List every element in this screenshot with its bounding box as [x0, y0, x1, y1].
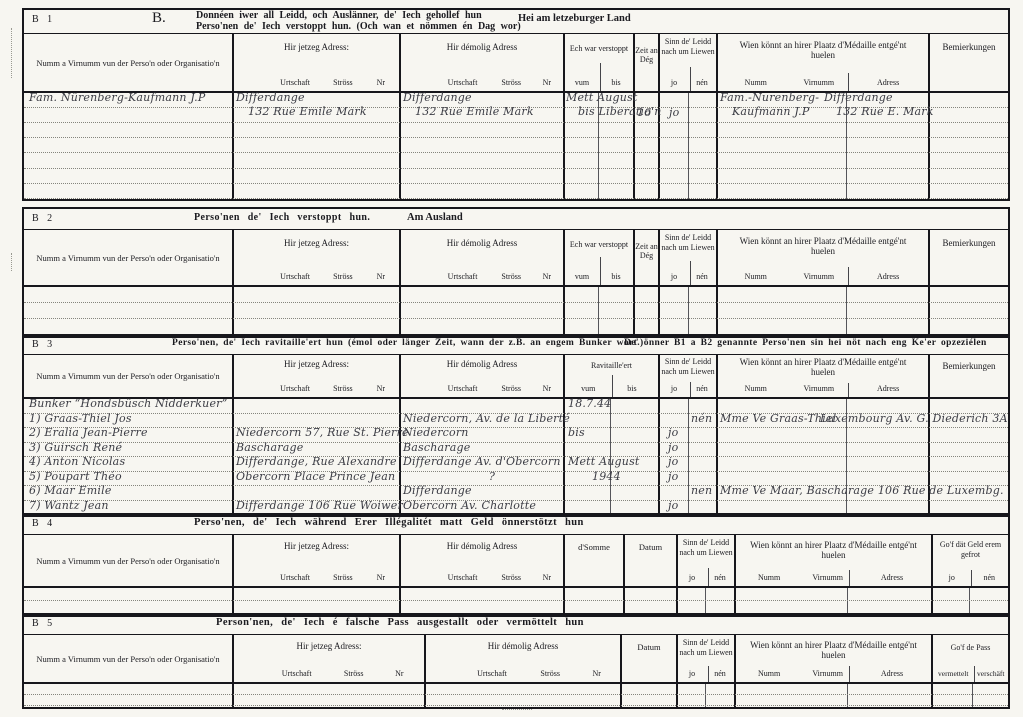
column-rule — [563, 287, 565, 336]
b1-title-right: Hei am letzeburger Land — [518, 13, 631, 24]
dotted-writing-line — [24, 198, 1008, 199]
handwritten-entry: Differdange132 Rue Emile Mark — [236, 91, 367, 118]
handwritten-entry: jo — [668, 499, 678, 513]
wien-label: Wien könnt an hirer Plaatz d'Médaille en… — [718, 34, 928, 60]
b5-col-wien: Wien könnt an hirer Plaatz d'Médaille en… — [734, 635, 931, 682]
handwritten-entry: 3) Guirsch René — [29, 441, 122, 455]
demolig-label: Hir démolig Adress — [401, 230, 563, 248]
wien-label: Wien könnt an hirer Plaatz d'Médaille en… — [736, 635, 931, 660]
column-rule — [972, 684, 973, 707]
urtschaft-label: Urtschaft — [448, 78, 478, 87]
dotted-writing-line — [24, 152, 1008, 153]
handwritten-entry: jo — [669, 106, 679, 120]
b5-col-sinn: Sinn de' Leidd nach um Liewen jonén — [676, 635, 734, 682]
column-rule — [232, 399, 234, 515]
handwritten-entry: Mme Ve Graas-Thiel — [720, 412, 836, 426]
column-rule — [734, 588, 736, 615]
vermettelt-label: vermettelt — [938, 669, 968, 678]
sub-divider — [690, 67, 691, 91]
ravitailleert-label: Ravitaille'ert — [565, 355, 658, 371]
jetzeg-label: Hir jetzeg Adress: — [234, 230, 399, 248]
column-rule — [424, 684, 426, 707]
b4-col-wien: Wien könnt an hirer Plaatz d'Médaille en… — [734, 535, 931, 586]
nen-label: nén — [983, 573, 995, 582]
urtschaft-label: Urtschaft — [448, 272, 478, 281]
jetzeg-label: Hir jetzeg Adress: — [234, 635, 424, 651]
dotted-writing-line — [24, 137, 1008, 138]
nen-label: nén — [696, 272, 708, 281]
handwritten-entry: Fam.-Nurenberg-Kaufmann J.P — [720, 91, 819, 118]
stross-label: Ströss — [333, 573, 353, 582]
verschaft-label: verschäft — [977, 669, 1004, 678]
dotted-writing-line — [24, 694, 1008, 695]
nen-label: nén — [696, 78, 708, 87]
jo-label: jo — [671, 272, 677, 281]
handwritten-entry: Obercorn Av. Charlotte — [403, 499, 536, 513]
handwritten-entry: ? — [489, 470, 495, 484]
b5-title-row: B 5 Person'nen, de' Iech é falsche Pass … — [24, 615, 1008, 635]
nr-label: Nr — [395, 669, 403, 678]
sinn-label: Sinn de' Leidd nach um Liewen — [678, 635, 734, 657]
verstoppt-label: Ech war verstoppt — [565, 34, 633, 54]
adress-label: Adress — [877, 78, 899, 87]
b4-col-demolig: Hir démolig Adress UrtschaftStrössNr — [399, 535, 563, 586]
b1-col-wien: Wien könnt an hirer Plaatz d'Médaille en… — [716, 34, 928, 91]
column-rule — [969, 588, 970, 615]
handwritten-entry: jo — [668, 470, 678, 484]
datum-label: Datum — [625, 535, 676, 553]
stross-label: Ströss — [501, 384, 521, 393]
demolig-label: Hir démolig Adress — [401, 535, 563, 551]
column-rule — [847, 588, 848, 615]
column-rule — [676, 684, 678, 707]
column-rule — [928, 287, 930, 336]
dotted-writing-line — [24, 302, 1008, 303]
b1-column-headers: Numm a Virnumm vun der Perso'n oder Orga… — [24, 34, 1008, 93]
urtschaft-label: Urtschaft — [282, 669, 312, 678]
handwritten-entry: 4) Anton Nicolas — [29, 455, 125, 469]
handwritten-entry: Fam. Nürenberg-Kaufmann J.P — [29, 91, 205, 105]
b5-section-id: B 5 — [32, 618, 55, 629]
handwritten-entry: Differdange, Rue Alexandre — [236, 455, 397, 469]
dotted-writing-line — [24, 183, 1008, 184]
stross-label: Ströss — [501, 573, 521, 582]
demolig-label: Hir démolig Adress — [401, 355, 563, 369]
handwritten-entry: 5) Poupart Théo — [29, 470, 122, 484]
dotted-writing-line — [24, 318, 1008, 319]
b2-data-grid — [24, 287, 1008, 336]
handwritten-entry: nén — [691, 412, 712, 426]
b1-title: Donnéen iwer all Leidd, och Auslänner, d… — [196, 11, 521, 32]
wien-label: Wien könnt an hirer Plaatz d'Médaille en… — [718, 355, 928, 377]
wien-label: Wien könnt an hirer Plaatz d'Médaille en… — [718, 230, 928, 256]
column-rule — [716, 287, 718, 336]
handwritten-entry: Bascharage — [403, 441, 470, 455]
b4-column-headers: Numm a Virnumm vun der Perso'n oder Orga… — [24, 535, 1008, 588]
b1-col-demolig: Hir démolig Adress UrtschaftStrössNr — [399, 34, 563, 91]
b1-title-row: B 1 B. Donnéen iwer all Leidd, och Auslä… — [24, 10, 1008, 34]
jo-label: jo — [949, 573, 955, 582]
column-rule — [232, 684, 234, 707]
b4-col-jetzeg: Hir jetzeg Adress: UrtschaftStrössNr — [232, 535, 399, 586]
adress-label: Adress — [881, 669, 903, 678]
column-rule — [734, 684, 736, 707]
b2-col-wien: Wien könnt an hirer Plaatz d'Médaille en… — [716, 230, 928, 285]
column-rule — [620, 684, 622, 707]
virnumm-label: Virnumm — [812, 573, 843, 582]
stross-label: Ströss — [333, 384, 353, 393]
b4-data-grid — [24, 588, 1008, 615]
b2-title-right: Am Ausland — [407, 212, 463, 223]
vum-label: vum — [581, 384, 595, 393]
b2-title-row: B 2 Perso'nen de' Iech verstoppt hun. Am… — [24, 209, 1008, 230]
numm-label: Numm — [745, 384, 767, 393]
column-rule — [232, 588, 234, 615]
b3-col-ravitailleert: Ravitaille'ert vumbis — [563, 355, 658, 397]
sub-divider — [848, 73, 849, 91]
column-rule — [623, 588, 625, 615]
jo-label: jo — [671, 78, 677, 87]
dotted-writing-line — [24, 705, 1008, 706]
b2-col-sinn: Sinn de' Leidd nach um Liewen jonén — [658, 230, 716, 285]
b3-data-grid: Bunker “Hondsbüsch Nidderkuer”18.7.441) … — [24, 399, 1008, 515]
nr-label: Nr — [377, 573, 385, 582]
scanned-form-page: { "shared": { "name_col": "Numm a Virnum… — [0, 0, 1023, 717]
section-b3: B 3 Perso'nen, de' Iech ravitaille'ert h… — [22, 334, 1010, 517]
nen-label: nén — [714, 573, 726, 582]
numm-label: Numm — [758, 669, 780, 678]
b1-col-zeit: Zeit an Dég — [633, 34, 658, 91]
dotted-writing-line — [24, 442, 1008, 443]
b4-col-name: Numm a Virnumm vun der Perso'n oder Orga… — [24, 535, 232, 586]
b5-col-demolig: Hir démolig Adress UrtschaftStrössNr — [424, 635, 620, 682]
urtschaft-label: Urtschaft — [448, 573, 478, 582]
nr-label: Nr — [377, 384, 385, 393]
sub-divider — [708, 568, 709, 586]
b3-col-bemierkungen: Bemierkungen — [928, 355, 1008, 397]
b1-col-jetzeg: Hir jetzeg Adress: UrtschaftStrössNr — [232, 34, 399, 91]
b3-col-wien: Wien könnt an hirer Plaatz d'Médaille en… — [716, 355, 928, 397]
jetzeg-label: Hir jetzeg Adress: — [234, 355, 399, 369]
nr-label: Nr — [543, 78, 551, 87]
sub-divider — [849, 666, 850, 682]
b3-title: Perso'nen, de' Iech ravitaille'ert hun (… — [172, 338, 644, 348]
bis-label: bis — [611, 78, 620, 87]
b1-title-line2: Perso'nen de' Iech verstoppt hun. (Och w… — [196, 21, 521, 32]
scan-artifact — [11, 253, 12, 271]
nr-label: Nr — [543, 384, 551, 393]
virnumm-label: Virnumm — [803, 78, 834, 87]
section-b4: B 4 Perso'nen, de' Iech während Erer Ill… — [22, 513, 1010, 617]
handwritten-entry: 1) Graas-Thiel Jos — [29, 412, 132, 426]
handwritten-entry: Differdange — [403, 484, 472, 498]
urtschaft-label: Urtschaft — [280, 384, 310, 393]
column-rule — [232, 287, 234, 336]
column-rule — [633, 287, 635, 336]
column-rule — [658, 287, 660, 336]
b3-column-headers: Numm a Virnumm vun der Perso'n oder Orga… — [24, 355, 1008, 399]
name-col-label: Numm a Virnumm vun der Perso'n oder Orga… — [24, 535, 232, 586]
zeit-label: Zeit an Dég — [635, 34, 658, 64]
sub-divider — [974, 666, 975, 682]
column-rule — [846, 287, 847, 336]
virnumm-label: Virnumm — [812, 669, 843, 678]
nen-label: nén — [714, 669, 726, 678]
sub-divider — [600, 257, 601, 285]
sub-divider — [708, 666, 709, 682]
scan-artifact — [502, 709, 532, 710]
handwritten-entry: jo — [668, 441, 678, 455]
nr-label: Nr — [377, 78, 385, 87]
handwritten-entry: nen — [691, 484, 712, 498]
dotted-writing-line — [24, 427, 1008, 428]
bis-label: bis — [627, 384, 636, 393]
sub-divider — [848, 383, 849, 397]
nr-label: Nr — [543, 272, 551, 281]
b3-col-name: Numm a Virnumm vun der Perso'n oder Orga… — [24, 355, 232, 397]
adress-label: Adress — [877, 272, 899, 281]
urtschaft-label: Urtschaft — [280, 272, 310, 281]
urtschaft-label: Urtschaft — [280, 573, 310, 582]
column-rule — [716, 399, 718, 515]
b1-col-sinn: Sinn de' Leidd nach um Liewen jonén — [658, 34, 716, 91]
nr-label: Nr — [543, 573, 551, 582]
zeit-label: Zeit an Dég — [635, 230, 658, 260]
vum-label: vum — [575, 272, 589, 281]
section-b1: B 1 B. Donnéen iwer all Leidd, och Auslä… — [22, 8, 1010, 201]
handwritten-entry: 6) Maar Emile — [29, 484, 112, 498]
urtschaft-label: Urtschaft — [477, 669, 507, 678]
column-rule — [688, 287, 689, 336]
handwritten-entry: 1944 — [592, 470, 621, 484]
nr-label: Nr — [377, 272, 385, 281]
jo-label: jo — [689, 669, 695, 678]
b2-column-headers: Numm a Virnumm vun der Perso'n oder Orga… — [24, 230, 1008, 287]
handwritten-entry: Niedercorn, Av. de la Liberté — [403, 412, 570, 426]
stross-label: Ströss — [344, 669, 364, 678]
demolig-label: Hir démolig Adress — [426, 635, 620, 651]
urtschaft-label: Urtschaft — [448, 384, 478, 393]
b1-big-letter: B. — [152, 10, 166, 27]
stross-label: Ströss — [501, 272, 521, 281]
sub-divider — [690, 382, 691, 397]
b5-column-headers: Numm a Virnumm vun der Perso'n oder Orga… — [24, 635, 1008, 684]
gof-pass-label: Go'f de Pass — [933, 635, 1008, 653]
b5-col-jetzeg: Hir jetzeg Adress: UrtschaftStrössNr — [232, 635, 424, 682]
stross-label: Ströss — [333, 78, 353, 87]
handwritten-entry: Differdange 106 Rue Woiwer — [236, 499, 403, 513]
sinn-label: Sinn de' Leidd nach um Liewen — [660, 34, 716, 56]
name-col-label: Numm a Virnumm vun der Perso'n oder Orga… — [24, 355, 232, 397]
dotted-writing-line — [24, 168, 1008, 169]
handwritten-entry: Obercorn Place Prince Jean — [236, 470, 395, 484]
handwritten-entry: Mett August — [568, 455, 640, 469]
handwritten-entry: 7) Wantz Jean — [29, 499, 109, 513]
b1-title-line1: Donnéen iwer all Leidd, och Auslänner, d… — [196, 10, 482, 21]
scan-artifact — [11, 28, 12, 78]
sub-divider — [849, 570, 850, 586]
nen-label: nén — [696, 384, 708, 393]
b2-col-name: Numm a Virnumm vun der Perso'n oder Orga… — [24, 230, 232, 285]
dotted-writing-line — [24, 600, 1008, 601]
b1-section-id: B 1 — [32, 14, 55, 25]
vum-label: vum — [575, 78, 589, 87]
stross-label: Ströss — [333, 272, 353, 281]
virnumm-label: Virnumm — [803, 272, 834, 281]
sinn-label: Sinn de' Leidd nach um Liewen — [678, 535, 734, 557]
b4-section-id: B 4 — [32, 518, 55, 529]
name-col-label: Numm a Virnumm vun der Perso'n oder Orga… — [24, 635, 232, 682]
column-rule — [598, 287, 599, 336]
column-rule — [399, 287, 401, 336]
b4-col-gof-geld: Go'f dät Geld erem gefrot jonén — [931, 535, 1008, 586]
sub-divider — [600, 63, 601, 91]
numm-label: Numm — [745, 272, 767, 281]
adress-label: Adress — [881, 573, 903, 582]
sub-divider — [690, 261, 691, 285]
handwritten-entry: Differdange Av. d'Obercorn — [403, 455, 561, 469]
sub-divider — [848, 267, 849, 285]
b3-title-2: De' önner B1 a B2 genannte Perso'nen sin… — [624, 338, 987, 348]
somme-label: d'Somme — [565, 535, 623, 553]
name-col-label: Numm a Virnumm vun der Perso'n oder Orga… — [24, 34, 232, 91]
column-rule — [705, 684, 706, 707]
handwritten-entry: 18.7.44 — [568, 397, 611, 411]
b5-data-grid — [24, 684, 1008, 707]
adress-label: Adress — [877, 384, 899, 393]
jetzeg-label: Hir jetzeg Adress: — [234, 535, 399, 551]
b2-col-bemierkungen: Bemierkungen — [928, 230, 1008, 285]
b4-col-sinn: Sinn de' Leidd nach um Liewen jonén — [676, 535, 734, 586]
b2-col-demolig: Hir démolig Adress UrtschaftStrössNr — [399, 230, 563, 285]
nr-label: Nr — [592, 669, 600, 678]
column-rule — [676, 588, 678, 615]
numm-label: Numm — [745, 78, 767, 87]
stross-label: Ströss — [501, 78, 521, 87]
sinn-label: Sinn de' Leidd nach um Liewen — [660, 230, 716, 252]
column-rule — [931, 588, 933, 615]
handwritten-entry: Mme Ve Maar, Bascharage 106 Rue de Luxem… — [720, 484, 1004, 498]
b5-title: Person'nen, de' Iech é falsche Pass ausg… — [216, 617, 584, 628]
column-rule — [658, 399, 660, 515]
section-b2: B 2 Perso'nen de' Iech verstoppt hun. Am… — [22, 207, 1010, 338]
handwritten-entry: jo — [668, 455, 678, 469]
gof-geld-label: Go'f dät Geld erem gefrot — [933, 535, 1008, 559]
column-rule — [847, 684, 848, 707]
virnumm-label: Virnumm — [803, 384, 834, 393]
b4-title: Perso'nen, de' Iech während Erer Illégal… — [194, 517, 584, 528]
sinn-label: Sinn de' Leidd nach um Liewen — [660, 355, 716, 376]
verstoppt-label: Ech war verstoppt — [565, 230, 633, 250]
column-rule — [563, 588, 565, 615]
bis-label: bis — [611, 272, 620, 281]
b5-col-datum: Datum — [620, 635, 676, 682]
handwritten-entry: bis — [568, 426, 585, 440]
b2-title: Perso'nen de' Iech verstoppt hun. — [194, 212, 370, 223]
handwritten-entry: 2) Eralia Jean-Pierre — [29, 426, 148, 440]
b3-col-sinn: Sinn de' Leidd nach um Liewen jonén — [658, 355, 716, 397]
stross-label: Ströss — [540, 669, 560, 678]
sub-divider — [971, 570, 972, 586]
numm-label: Numm — [758, 573, 780, 582]
bemierkungen-label: Bemierkungen — [930, 34, 1008, 52]
b3-section-id: B 3 — [32, 339, 55, 350]
dotted-writing-line — [24, 471, 1008, 472]
jetzeg-label: Hir jetzeg Adress: — [234, 34, 399, 52]
column-rule — [688, 399, 689, 515]
section-b5: B 5 Person'nen, de' Iech é falsche Pass … — [22, 613, 1010, 709]
demolig-label: Hir démolig Adress — [401, 34, 563, 52]
bemierkungen-label: Bemierkungen — [930, 230, 1008, 248]
dotted-writing-line — [24, 122, 1008, 123]
name-col-label: Numm a Virnumm vun der Perso'n oder Orga… — [24, 230, 232, 285]
bemierkungen-label: Bemierkungen — [930, 355, 1008, 371]
handwritten-entry: 16 — [637, 106, 651, 120]
b1-col-verstoppt: Ech war verstoppt vumbis — [563, 34, 633, 91]
wien-label: Wien könnt an hirer Plaatz d'Médaille en… — [736, 535, 931, 560]
b2-col-zeit: Zeit an Dég — [633, 230, 658, 285]
b2-section-id: B 2 — [32, 213, 55, 224]
b5-col-gof-pass: Go'f de Pass vermetteltverschäft — [931, 635, 1008, 682]
handwritten-entry: jo — [668, 426, 678, 440]
handwritten-entry: Differdange132 Rue E. Mark — [824, 91, 934, 118]
b2-col-jetzeg: Hir jetzeg Adress: UrtschaftStrössNr — [232, 230, 399, 285]
datum-label: Datum — [622, 635, 676, 653]
urtschaft-label: Urtschaft — [280, 78, 310, 87]
handwritten-entry: Luxembourg Av. G. Diederich 3A — [820, 412, 1008, 426]
handwritten-entry: Bascharage — [236, 441, 303, 455]
jo-label: jo — [689, 573, 695, 582]
b3-col-jetzeg: Hir jetzeg Adress: UrtschaftStrössNr — [232, 355, 399, 397]
column-rule — [931, 684, 933, 707]
column-rule — [705, 588, 706, 615]
jo-label: jo — [671, 384, 677, 393]
sub-divider — [612, 375, 613, 397]
b1-col-name: Numm a Virnumm vun der Perso'n oder Orga… — [24, 34, 232, 91]
b3-title-row: B 3 Perso'nen, de' Iech ravitaille'ert h… — [24, 336, 1008, 355]
handwritten-entry: Bunker “Hondsbüsch Nidderkuer” — [29, 397, 227, 411]
handwritten-entry: Niedercorn — [403, 426, 469, 440]
handwritten-entry: Differdange132 Rue Emile Mark — [403, 91, 534, 118]
b1-col-bemierkungen: Bemierkungen — [928, 34, 1008, 91]
b4-title-row: B 4 Perso'nen, de' Iech während Erer Ill… — [24, 515, 1008, 535]
b4-col-datum: Datum — [623, 535, 676, 586]
column-rule — [399, 588, 401, 615]
handwritten-entry: Niedercorn 57, Rue St. Pierre — [236, 426, 409, 440]
b1-data-grid: Fam. Nürenberg-Kaufmann J.PDifferdange13… — [24, 93, 1008, 199]
b4-col-somme: d'Somme — [563, 535, 623, 586]
b3-col-demolig: Hir démolig Adress UrtschaftStrössNr — [399, 355, 563, 397]
b2-col-verstoppt: Ech war verstoppt vumbis — [563, 230, 633, 285]
b5-col-name: Numm a Virnumm vun der Perso'n oder Orga… — [24, 635, 232, 682]
